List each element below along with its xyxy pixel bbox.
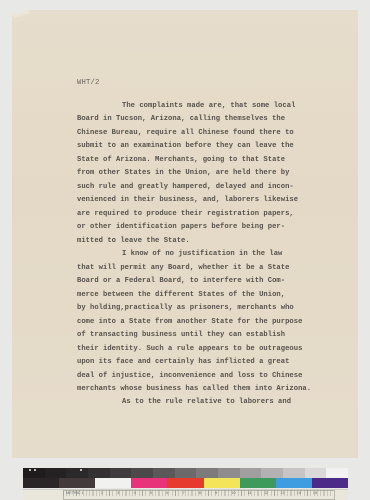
text-line: The complaints made are, that some local: [122, 102, 295, 110]
gray-patch: [131, 468, 153, 478]
color-patch: [276, 478, 312, 488]
gray-patch: [326, 468, 348, 478]
gray-patch: [240, 468, 262, 478]
ruler-number: 12: [264, 491, 268, 495]
text-line: State of Arizona. Merchants, going to th…: [77, 156, 285, 164]
text-line: from other States in the Union, are held…: [77, 169, 289, 177]
metric-ruler: METRIC 1 23456789101112131415: [23, 489, 348, 500]
ruler-number: 13: [280, 491, 284, 495]
color-patch: [95, 478, 131, 488]
color-row: [23, 478, 348, 488]
text-line: As to the rule relative to laborers and: [122, 398, 291, 406]
gray-patch: [305, 468, 327, 478]
strip-marker: [34, 469, 36, 471]
text-line: Board in Tucson, Arizona, calling themse…: [77, 115, 285, 123]
color-patch: [240, 478, 276, 488]
text-line: submit to an examination before they can…: [77, 142, 294, 150]
color-patch: [59, 478, 95, 488]
gray-patch: [218, 468, 240, 478]
text-line: Board or a Federal Board, to interfere w…: [77, 277, 285, 285]
gray-patch: [283, 468, 305, 478]
text-line: mitted to leave the State.: [77, 237, 190, 245]
ruler-number: 11: [248, 491, 252, 495]
text-line: are required to produce their registrati…: [77, 210, 294, 218]
ruler-number: 8: [199, 491, 201, 495]
text-line: I know of no justification in the law: [122, 250, 282, 258]
ruler-number: 9: [215, 491, 217, 495]
text-line: come into a State from another State for…: [77, 318, 302, 326]
text-line: that will permit any Board, whether it b…: [77, 264, 289, 272]
text-line: such rule and greatly hampered, delayed …: [77, 183, 294, 191]
color-patch: [167, 478, 203, 488]
ruler-number: 15: [313, 491, 317, 495]
gray-patch: [175, 468, 197, 478]
strip-marker: [29, 469, 31, 471]
gray-patch: [88, 468, 110, 478]
ruler-number: 3: [117, 491, 119, 495]
color-patch: [23, 478, 59, 488]
grayscale-row: [23, 468, 348, 478]
gray-patch: [196, 468, 218, 478]
text-line: deal of injustice, inconvenience and los…: [77, 372, 302, 380]
text-line: merchants whose business has called them…: [77, 385, 311, 393]
text-line: Chinese Bureau, require all Chinese foun…: [77, 129, 294, 137]
ruler-label: METRIC 1: [66, 491, 84, 495]
strip-marker: [80, 469, 82, 471]
text-line: their identity. Such a rule appears to b…: [77, 345, 302, 353]
gray-patch: [66, 468, 88, 478]
gray-patch: [110, 468, 132, 478]
text-line: venienced in their business, and, labore…: [77, 196, 298, 204]
ruler-number: 6: [166, 491, 168, 495]
text-line: of transacting business until they can e…: [77, 331, 285, 339]
text-line: or other identification papers before be…: [77, 223, 285, 231]
page-identifier: WHT/2: [77, 79, 100, 87]
text-line: upon its face and certainly has inflicte…: [77, 358, 289, 366]
gray-patch: [153, 468, 175, 478]
ruler-number: 2: [101, 491, 103, 495]
color-patch: [204, 478, 240, 488]
text-line: by holding,practically as prisoners, mer…: [77, 304, 294, 312]
color-patch: [312, 478, 348, 488]
color-calibration-strip: [23, 468, 348, 489]
gray-patch: [45, 468, 67, 478]
text-line: merce between the different States of th…: [77, 291, 285, 299]
ruler-number: 14: [297, 491, 301, 495]
ruler-number: 5: [150, 491, 152, 495]
ruler-number: 7: [183, 491, 185, 495]
ruler-number: 4: [134, 491, 136, 495]
gray-patch: [261, 468, 283, 478]
color-patch: [131, 478, 167, 488]
ruler-number: 10: [231, 491, 235, 495]
